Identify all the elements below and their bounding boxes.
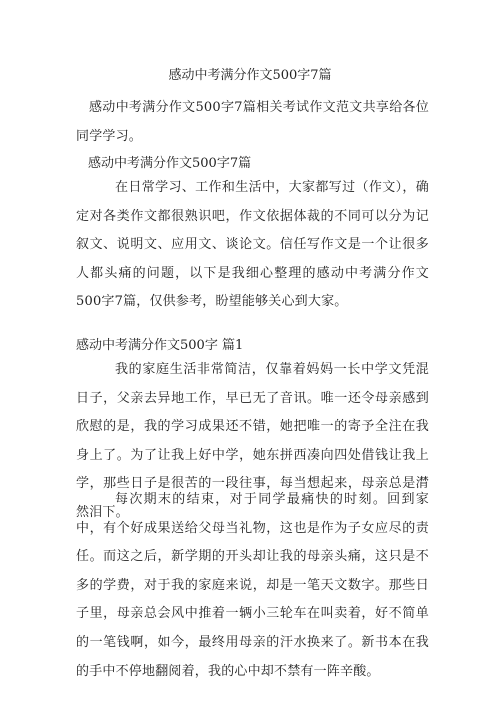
document-title: 感动中考满分作文500字7篇 [0,64,500,83]
lead-paragraph: 在日常学习、工作和生活中，大家都写过（作文），确定对各类作文都很熟识吧，作文依据… [76,174,429,317]
section-title: 感动中考满分作文500字 篇1 [76,334,243,353]
intro-paragraph: 感动中考满分作文500字7篇相关考试作文范文共享给各位同学学习。 [76,94,429,151]
body-paragraph: 每次期末的结束，对于同学最痛快的时刻。回到家中，有个好成果送给父母当礼物，这也是… [76,486,429,686]
document-subtitle: 感动中考满分作文500字7篇 [88,152,251,171]
document-page: 感动中考满分作文500字7篇 感动中考满分作文500字7篇相关考试作文范文共享给… [0,0,500,707]
